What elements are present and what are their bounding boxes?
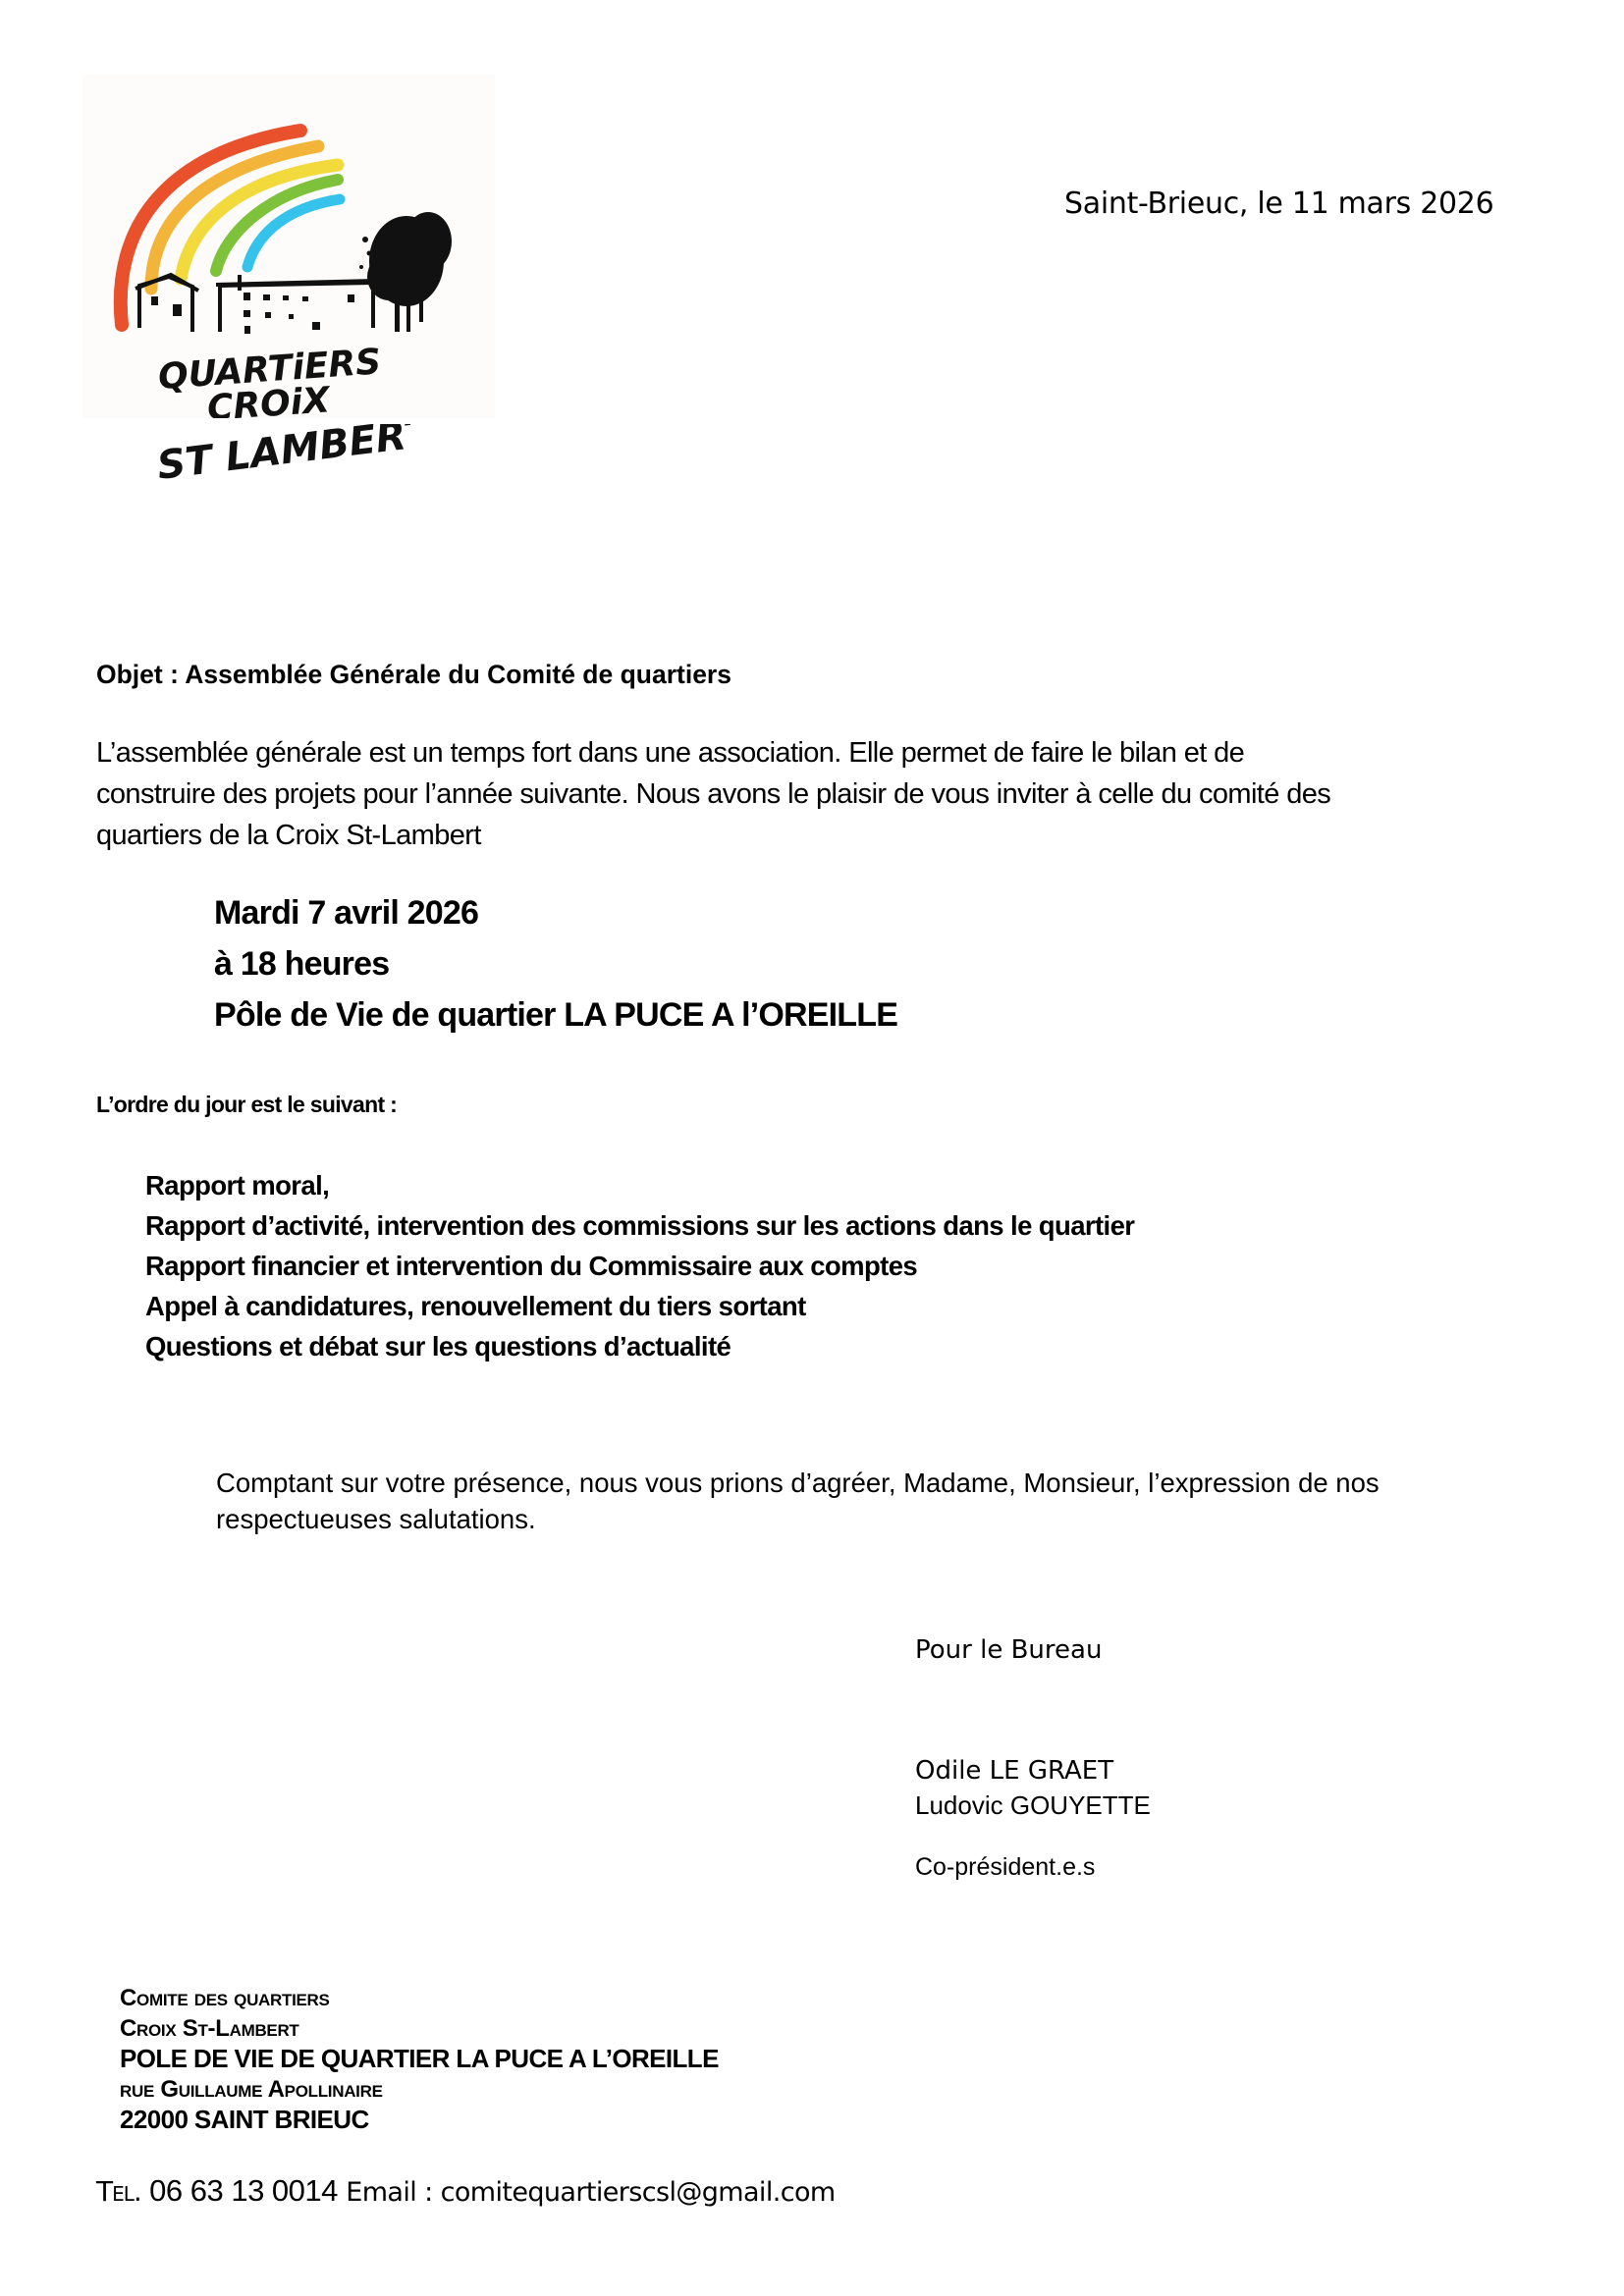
association-logo: QUARTiERS CROiX: [82, 75, 495, 418]
address-city: 22000 SAINT BRIEUC: [120, 2105, 719, 2135]
agenda-item: Rapport financier et intervention du Com…: [145, 1246, 1134, 1286]
event-time: à 18 heures: [214, 938, 897, 989]
closing-line: respectueuses salutations.: [216, 1501, 1591, 1537]
letter-date: Saint-Brieuc, le 11 mars 2026: [1064, 187, 1493, 221]
logo-text-st-lambert: ST LAMBERT: [155, 424, 410, 489]
intro-line: construire des projets pour l’année suiv…: [96, 774, 1510, 815]
event-place: Pôle de Vie de quartier LA PUCE A l’OREI…: [214, 989, 897, 1041]
rainbow-houses-illustration: QUARTiERS CROiX: [82, 75, 495, 418]
closing-paragraph: Comptant sur votre présence, nous vous p…: [216, 1465, 1591, 1537]
address-venue: POLE DE VIE DE QUARTIER LA PUCE A L’OREI…: [120, 2044, 719, 2074]
logo-st-lambert-svg: ST LAMBERT: [155, 424, 410, 503]
agenda-item: Rapport moral,: [145, 1165, 1134, 1205]
agenda-list: Rapport moral, Rapport d’activité, inter…: [145, 1165, 1134, 1366]
agenda-item: Appel à candidatures, renouvellement du …: [145, 1286, 1134, 1326]
phone-number[interactable]: 06 63 13 0014: [149, 2173, 338, 2208]
logo-text-st-lambert-wrapper: ST LAMBERT: [155, 424, 410, 507]
footer-contact: Tel. 06 63 13 0014 Email : comitequartie…: [96, 2173, 836, 2209]
email-contact[interactable]: Email : comitequartierscsl@gmail.com: [346, 2177, 835, 2208]
footer-address: Comite des quartiers Croix St-Lambert PO…: [120, 1983, 719, 2135]
letter-subject: Objet : Assemblée Générale du Comité de …: [96, 660, 731, 690]
event-details: Mardi 7 avril 2026 à 18 heures Pôle de V…: [214, 887, 897, 1041]
signatory-name-1: Odile LE GRAET: [915, 1756, 1113, 1786]
intro-paragraph: L’assemblée générale est un temps fort d…: [96, 732, 1510, 856]
address-street: rue Guillaume Apollinaire: [120, 2074, 719, 2105]
signature-for-bureau: Pour le Bureau: [915, 1635, 1102, 1665]
address-org-area: Croix St-Lambert: [120, 2013, 719, 2044]
agenda-item: Questions et débat sur les questions d’a…: [145, 1326, 1134, 1366]
signatory-name-2: Ludovic GOUYETTE: [915, 1790, 1151, 1821]
phone-label: Tel.: [96, 2175, 141, 2208]
agenda-title: L’ordre du jour est le suivant :: [96, 1092, 397, 1118]
intro-line: L’assemblée générale est un temps fort d…: [96, 732, 1510, 774]
closing-line: Comptant sur votre présence, nous vous p…: [216, 1465, 1591, 1501]
event-date: Mardi 7 avril 2026: [214, 887, 897, 938]
intro-line: quartiers de la Croix St-Lambert: [96, 815, 1510, 856]
address-org-name: Comite des quartiers: [120, 1983, 719, 2013]
signatory-role: Co-président.e.s: [915, 1853, 1095, 1882]
agenda-item: Rapport d’activité, intervention des com…: [145, 1205, 1134, 1246]
